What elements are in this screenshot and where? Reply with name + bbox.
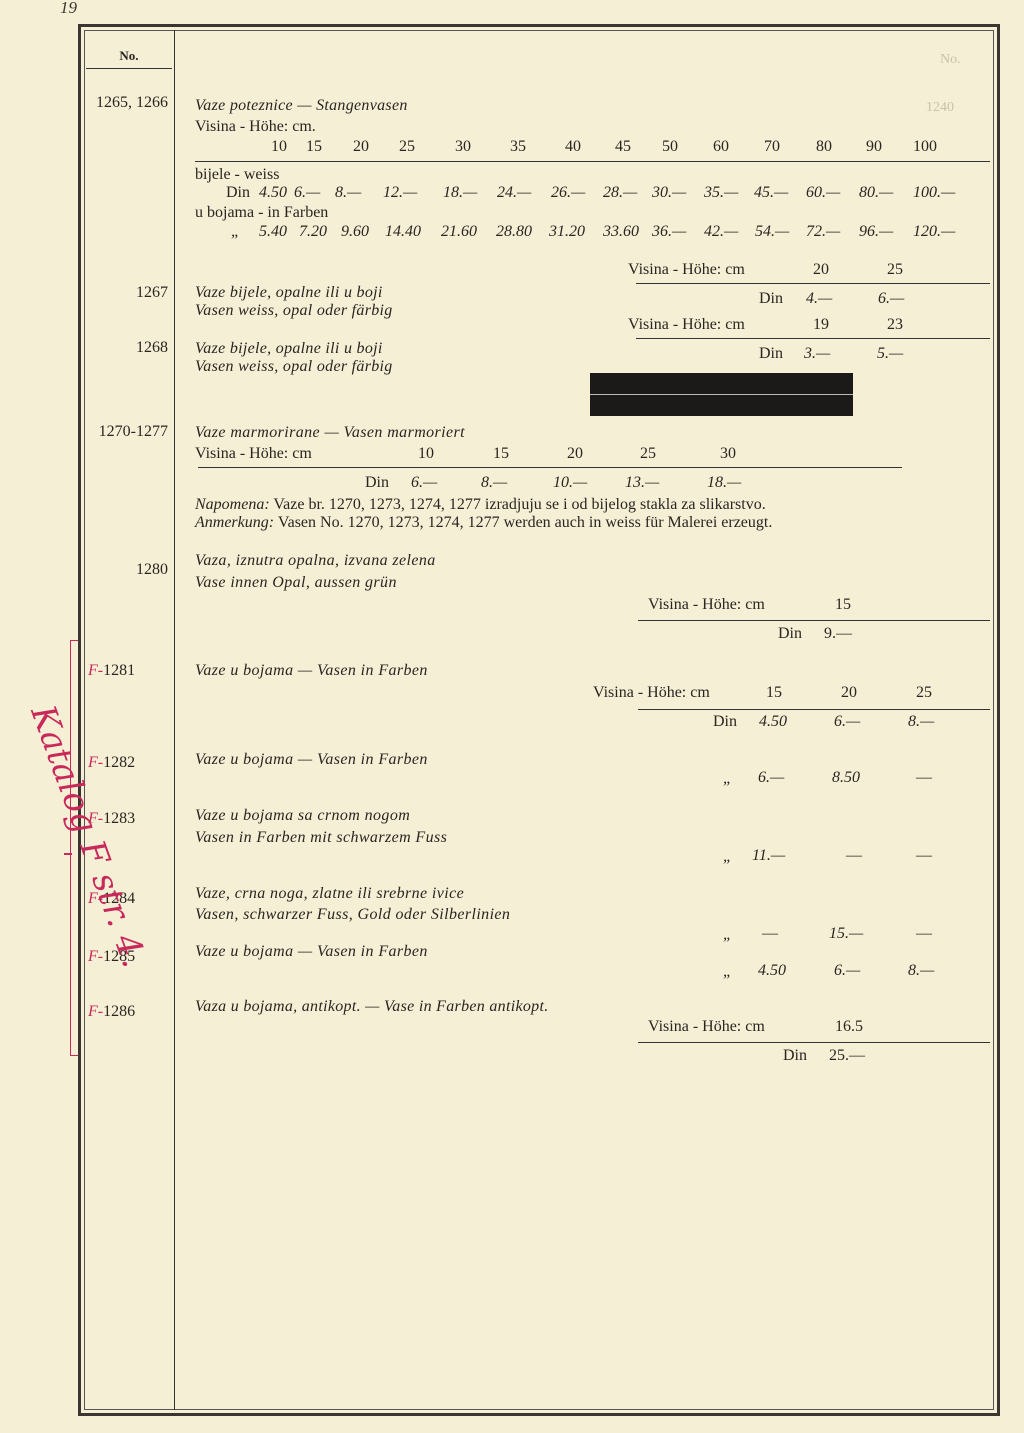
- brace-point: [64, 853, 72, 855]
- f-mark: F-: [88, 754, 103, 771]
- item-number-value: 1281: [103, 662, 135, 679]
- height-value: 23: [887, 316, 903, 334]
- height-value: 25: [640, 445, 656, 463]
- page-number: 19: [60, 0, 77, 18]
- height-value: 50: [662, 138, 678, 156]
- price: 10.—: [553, 474, 587, 492]
- height-value: 25: [887, 261, 903, 279]
- height-value: 16.5: [835, 1018, 863, 1036]
- price: 4.50: [758, 962, 786, 980]
- price: 8.—: [335, 184, 361, 202]
- item-number-value: 1282: [103, 754, 135, 771]
- height-value: 70: [764, 138, 780, 156]
- height-value: 20: [567, 445, 583, 463]
- rule: [636, 338, 990, 339]
- price: 60.—: [806, 184, 840, 202]
- price: 9.60: [341, 223, 369, 241]
- currency-prefix: Din: [759, 290, 783, 308]
- currency-prefix: Din: [759, 345, 783, 363]
- note-label: Anmerkung:: [195, 514, 274, 531]
- height-label: Visina - Höhe: cm: [195, 445, 312, 463]
- item-desc-line2: Vasen weiss, opal oder färbig: [195, 358, 393, 376]
- price: 36.—: [652, 223, 686, 241]
- height-label: Visina - Höhe: cm: [648, 596, 765, 614]
- ditto-mark: „: [723, 848, 732, 866]
- item-number: 1270-1277: [84, 423, 168, 441]
- height-value: 15: [835, 596, 851, 614]
- price: 28.80: [496, 223, 532, 241]
- height-value: 10: [271, 138, 287, 156]
- item-desc-line2: Vasen weiss, opal oder färbig: [195, 302, 393, 320]
- header-rule: [86, 68, 172, 69]
- rule: [638, 709, 990, 710]
- note-text: Vaze br. 1270, 1273, 1274, 1277 izradjuj…: [273, 496, 765, 513]
- height-value: 20: [841, 684, 857, 702]
- price: 33.60: [603, 223, 639, 241]
- height-value: 25: [399, 138, 415, 156]
- item-number-value: 1286: [103, 1003, 135, 1020]
- height-value: 15: [493, 445, 509, 463]
- height-value: 30: [720, 445, 736, 463]
- price: 72.—: [806, 223, 840, 241]
- height-value: 100: [913, 138, 937, 156]
- price: 30.—: [652, 184, 686, 202]
- price: 96.—: [859, 223, 893, 241]
- note-label: Napomena:: [195, 496, 270, 513]
- price: 11.—: [752, 847, 785, 865]
- item-desc-line1: Vaza, iznutra opalna, izvana zelena: [195, 552, 436, 570]
- item-title: Vaze u bojama — Vasen in Farben: [195, 751, 428, 769]
- price: 25.—: [829, 1047, 865, 1065]
- ditto-mark: „: [723, 770, 732, 788]
- price: 6.—: [878, 290, 904, 308]
- bleed-through-text: 1240: [926, 100, 954, 116]
- item-desc-line1: Vaze, crna noga, zlatne ili srebrne ivic…: [195, 885, 464, 903]
- height-value: 10: [418, 445, 434, 463]
- price: 5.—: [877, 345, 903, 363]
- price: 18.—: [707, 474, 741, 492]
- price: 26.—: [551, 184, 585, 202]
- item-number: 1265, 1266: [84, 94, 168, 112]
- price: 4.50: [259, 184, 287, 202]
- price: 3.—: [804, 345, 830, 363]
- price: 8.—: [481, 474, 507, 492]
- item-number: F-1281: [88, 662, 135, 680]
- height-value: 20: [813, 261, 829, 279]
- ditto-mark: „: [231, 223, 240, 241]
- price: 9.—: [824, 625, 852, 643]
- ditto-mark: „: [723, 926, 732, 944]
- item-title: Vaze poteznice — Stangenvasen: [195, 97, 408, 115]
- price: 24.—: [497, 184, 531, 202]
- rule: [195, 161, 990, 162]
- item-number: 1280: [84, 561, 168, 579]
- price: —: [916, 847, 932, 865]
- price: 5.40: [259, 223, 287, 241]
- price: 42.—: [704, 223, 738, 241]
- price: 8.50: [832, 769, 860, 787]
- currency-prefix: Din: [365, 474, 389, 492]
- item-desc-line1: Vaze bijele, opalne ili u boji: [195, 284, 383, 302]
- item-number: 1267: [84, 284, 168, 302]
- price: 6.—: [411, 474, 437, 492]
- price: —: [916, 925, 932, 943]
- height-value: 80: [816, 138, 832, 156]
- column-header-no: No.: [84, 48, 174, 64]
- item-number: F-1282: [88, 754, 135, 772]
- item-number: F-1286: [88, 1003, 135, 1021]
- price: 8.—: [908, 713, 934, 731]
- height-label: Visina - Höhe: cm: [628, 261, 745, 279]
- height-value: 30: [455, 138, 471, 156]
- brace-bottom: [70, 1055, 78, 1056]
- height-value: 90: [866, 138, 882, 156]
- height-value: 25: [916, 684, 932, 702]
- price: 15.—: [829, 925, 863, 943]
- price: —: [916, 769, 932, 787]
- price: 6.—: [834, 713, 860, 731]
- price: 45.—: [754, 184, 788, 202]
- height-label: Visina - Höhe: cm: [648, 1018, 765, 1036]
- height-value: 45: [615, 138, 631, 156]
- note-german: Anmerkung: Vasen No. 1270, 1273, 1274, 1…: [195, 514, 772, 532]
- item-title: Vaza u bojama, antikopt. — Vase in Farbe…: [195, 998, 549, 1016]
- item-desc-line2: Vase innen Opal, aussen grün: [195, 574, 397, 592]
- price: 28.—: [603, 184, 637, 202]
- price: 21.60: [441, 223, 477, 241]
- price: —: [846, 847, 862, 865]
- redaction-line: [590, 394, 853, 395]
- price: 100.—: [913, 184, 955, 202]
- price: 80.—: [859, 184, 893, 202]
- price: 120.—: [913, 223, 955, 241]
- currency-prefix: Din: [783, 1047, 807, 1065]
- item-title: Vaze u bojama — Vasen in Farben: [195, 662, 428, 680]
- f-mark: F-: [88, 662, 103, 679]
- rule: [638, 1042, 990, 1043]
- height-value: 40: [565, 138, 581, 156]
- note-croatian: Napomena: Vaze br. 1270, 1273, 1274, 127…: [195, 496, 766, 514]
- height-value: 15: [306, 138, 322, 156]
- price: 8.—: [908, 962, 934, 980]
- price: 6.—: [758, 769, 784, 787]
- price: 14.40: [385, 223, 421, 241]
- height-value: 60: [713, 138, 729, 156]
- item-title: Vaze marmorirane — Vasen marmoriert: [195, 424, 465, 442]
- price: 12.—: [383, 184, 417, 202]
- height-value: 20: [353, 138, 369, 156]
- price: 4.—: [806, 290, 832, 308]
- f-mark: F-: [88, 948, 103, 965]
- f-mark: F-: [88, 1003, 103, 1020]
- price: 35.—: [704, 184, 738, 202]
- price: 7.20: [299, 223, 327, 241]
- rule: [638, 620, 990, 621]
- item-desc-line1: Vaze bijele, opalne ili u boji: [195, 340, 383, 358]
- brace-top: [70, 640, 78, 641]
- price: 13.—: [625, 474, 659, 492]
- price: 31.20: [549, 223, 585, 241]
- ditto-mark: „: [723, 963, 732, 981]
- item-desc-line1: Vaze u bojama sa crnom nogom: [195, 807, 410, 825]
- price: —: [762, 925, 778, 943]
- height-label: Visina - Höhe: cm.: [195, 118, 316, 136]
- currency-prefix: Din: [713, 713, 737, 731]
- item-desc-line2: Vasen in Farben mit schwarzem Fuss: [195, 829, 447, 847]
- item-desc-line2: Vasen, schwarzer Fuss, Gold oder Silberl…: [195, 906, 510, 924]
- white-label: bijele - weiss: [195, 166, 279, 184]
- currency-prefix: Din: [226, 184, 250, 202]
- column-divider: [174, 30, 175, 1410]
- price: 6.—: [834, 962, 860, 980]
- height-value: 19: [813, 316, 829, 334]
- rule: [636, 283, 990, 284]
- price: 54.—: [755, 223, 789, 241]
- note-text: Vasen No. 1270, 1273, 1274, 1277 werden …: [278, 514, 773, 531]
- height-value: 15: [766, 684, 782, 702]
- currency-prefix: Din: [778, 625, 802, 643]
- color-label: u bojama - in Farben: [195, 204, 328, 222]
- price: 6.—: [294, 184, 320, 202]
- price: 4.50: [759, 713, 787, 731]
- height-label: Visina - Höhe: cm: [628, 316, 745, 334]
- bleed-through-text: No.: [940, 52, 961, 68]
- item-title: Vaze u bojama — Vasen in Farben: [195, 943, 428, 961]
- rule: [198, 467, 902, 468]
- price: 18.—: [443, 184, 477, 202]
- item-number-value: 1283: [103, 810, 135, 827]
- height-value: 35: [510, 138, 526, 156]
- height-label: Visina - Höhe: cm: [593, 684, 710, 702]
- item-number: 1268: [84, 339, 168, 357]
